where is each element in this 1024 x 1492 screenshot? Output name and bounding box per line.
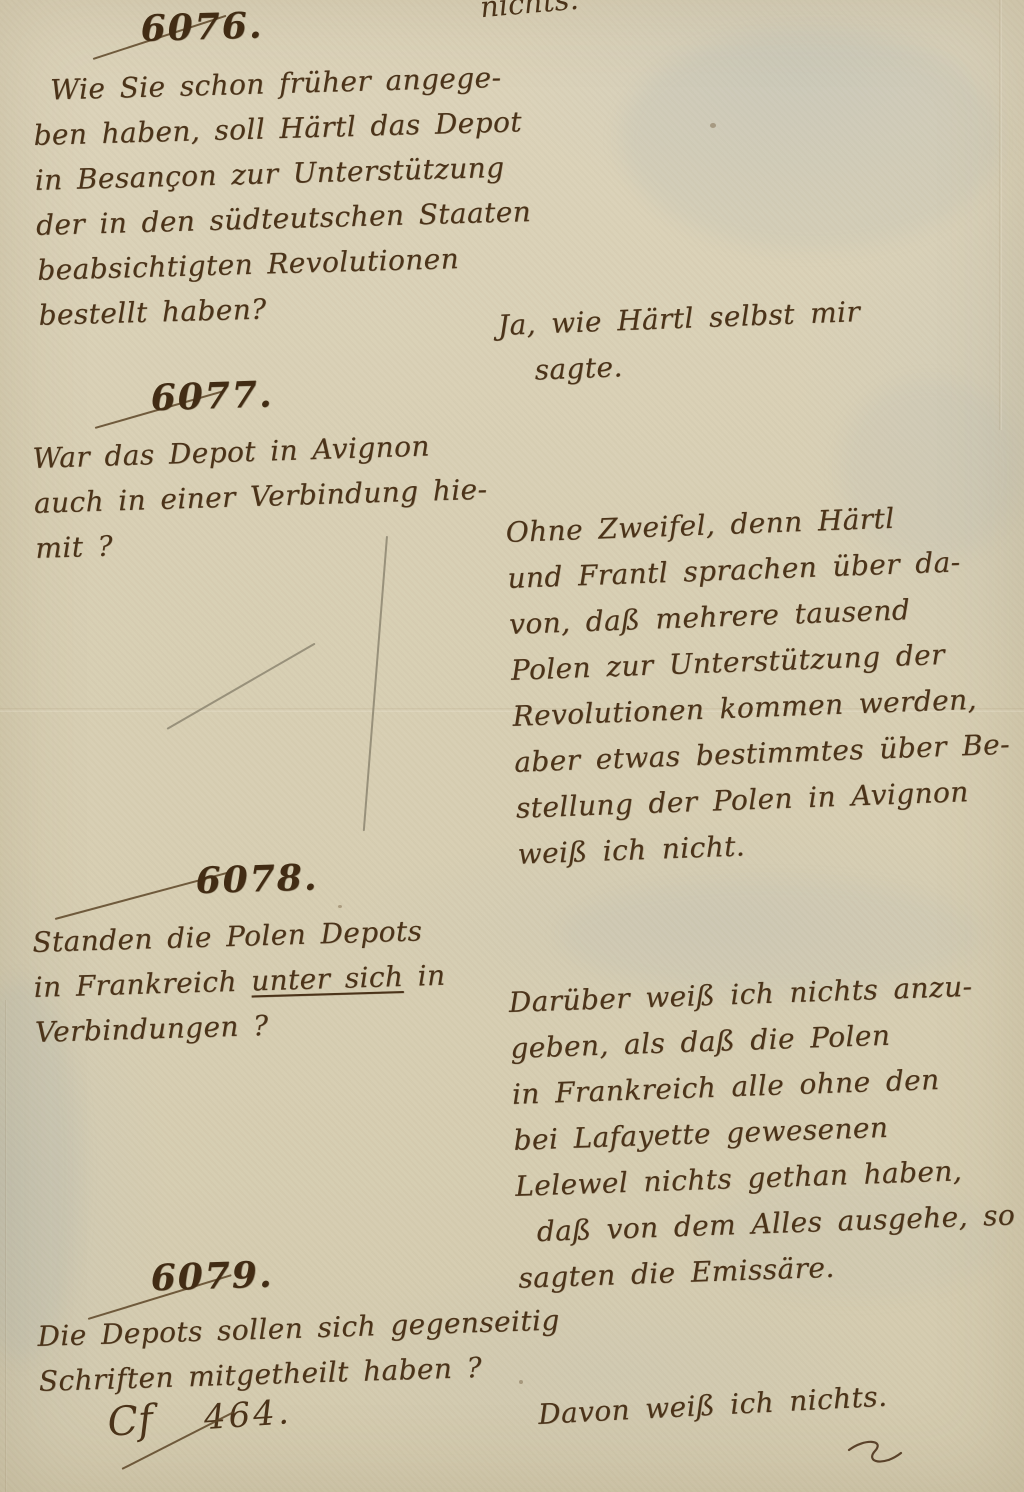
answer-6078: Darüber weiß ich nichts anzu- geben, als… bbox=[508, 962, 1024, 1302]
question-text: in bbox=[403, 959, 446, 993]
answer-6079: Davon weiß ich nichts. bbox=[537, 1368, 999, 1438]
flourish-mark bbox=[843, 1440, 907, 1472]
pencil-mark-vertical bbox=[363, 536, 388, 831]
answer-6077: Ohne Zweifel, denn Härtl und Frantl spra… bbox=[505, 491, 1024, 877]
reference-number: 464. bbox=[203, 1392, 293, 1438]
question-6077: 6077. War das Depot in Avignon auch in e… bbox=[30, 362, 546, 571]
question-6079: 6079. Die Depots sollen sich gegenseitig… bbox=[35, 1241, 579, 1404]
question-text: in Frankreich bbox=[33, 964, 251, 1003]
paper-edge-left bbox=[5, 1000, 7, 1492]
reference-abbr: Cf bbox=[106, 1397, 155, 1446]
question-6078: 6078. Standen die Polen Depots in Frankr… bbox=[30, 847, 546, 1055]
manuscript-page: nichts. 6076. Wie Sie schon früher angeg… bbox=[0, 0, 1024, 1492]
pencil-mark-diagonal bbox=[167, 643, 316, 730]
fold-crease-vertical bbox=[999, 0, 1002, 430]
ink-showthrough bbox=[620, 30, 1000, 250]
question-6076: 6076. Wie Sie schon früher angege- ben h… bbox=[30, 0, 549, 338]
paper-speck bbox=[710, 123, 716, 128]
answer-line: Davon weiß ich nichts. bbox=[537, 1368, 999, 1438]
answer-6076: Ja, wie Härtl selbst mir sagte. bbox=[497, 285, 980, 395]
underlined-phrase: unter sich bbox=[251, 960, 404, 998]
